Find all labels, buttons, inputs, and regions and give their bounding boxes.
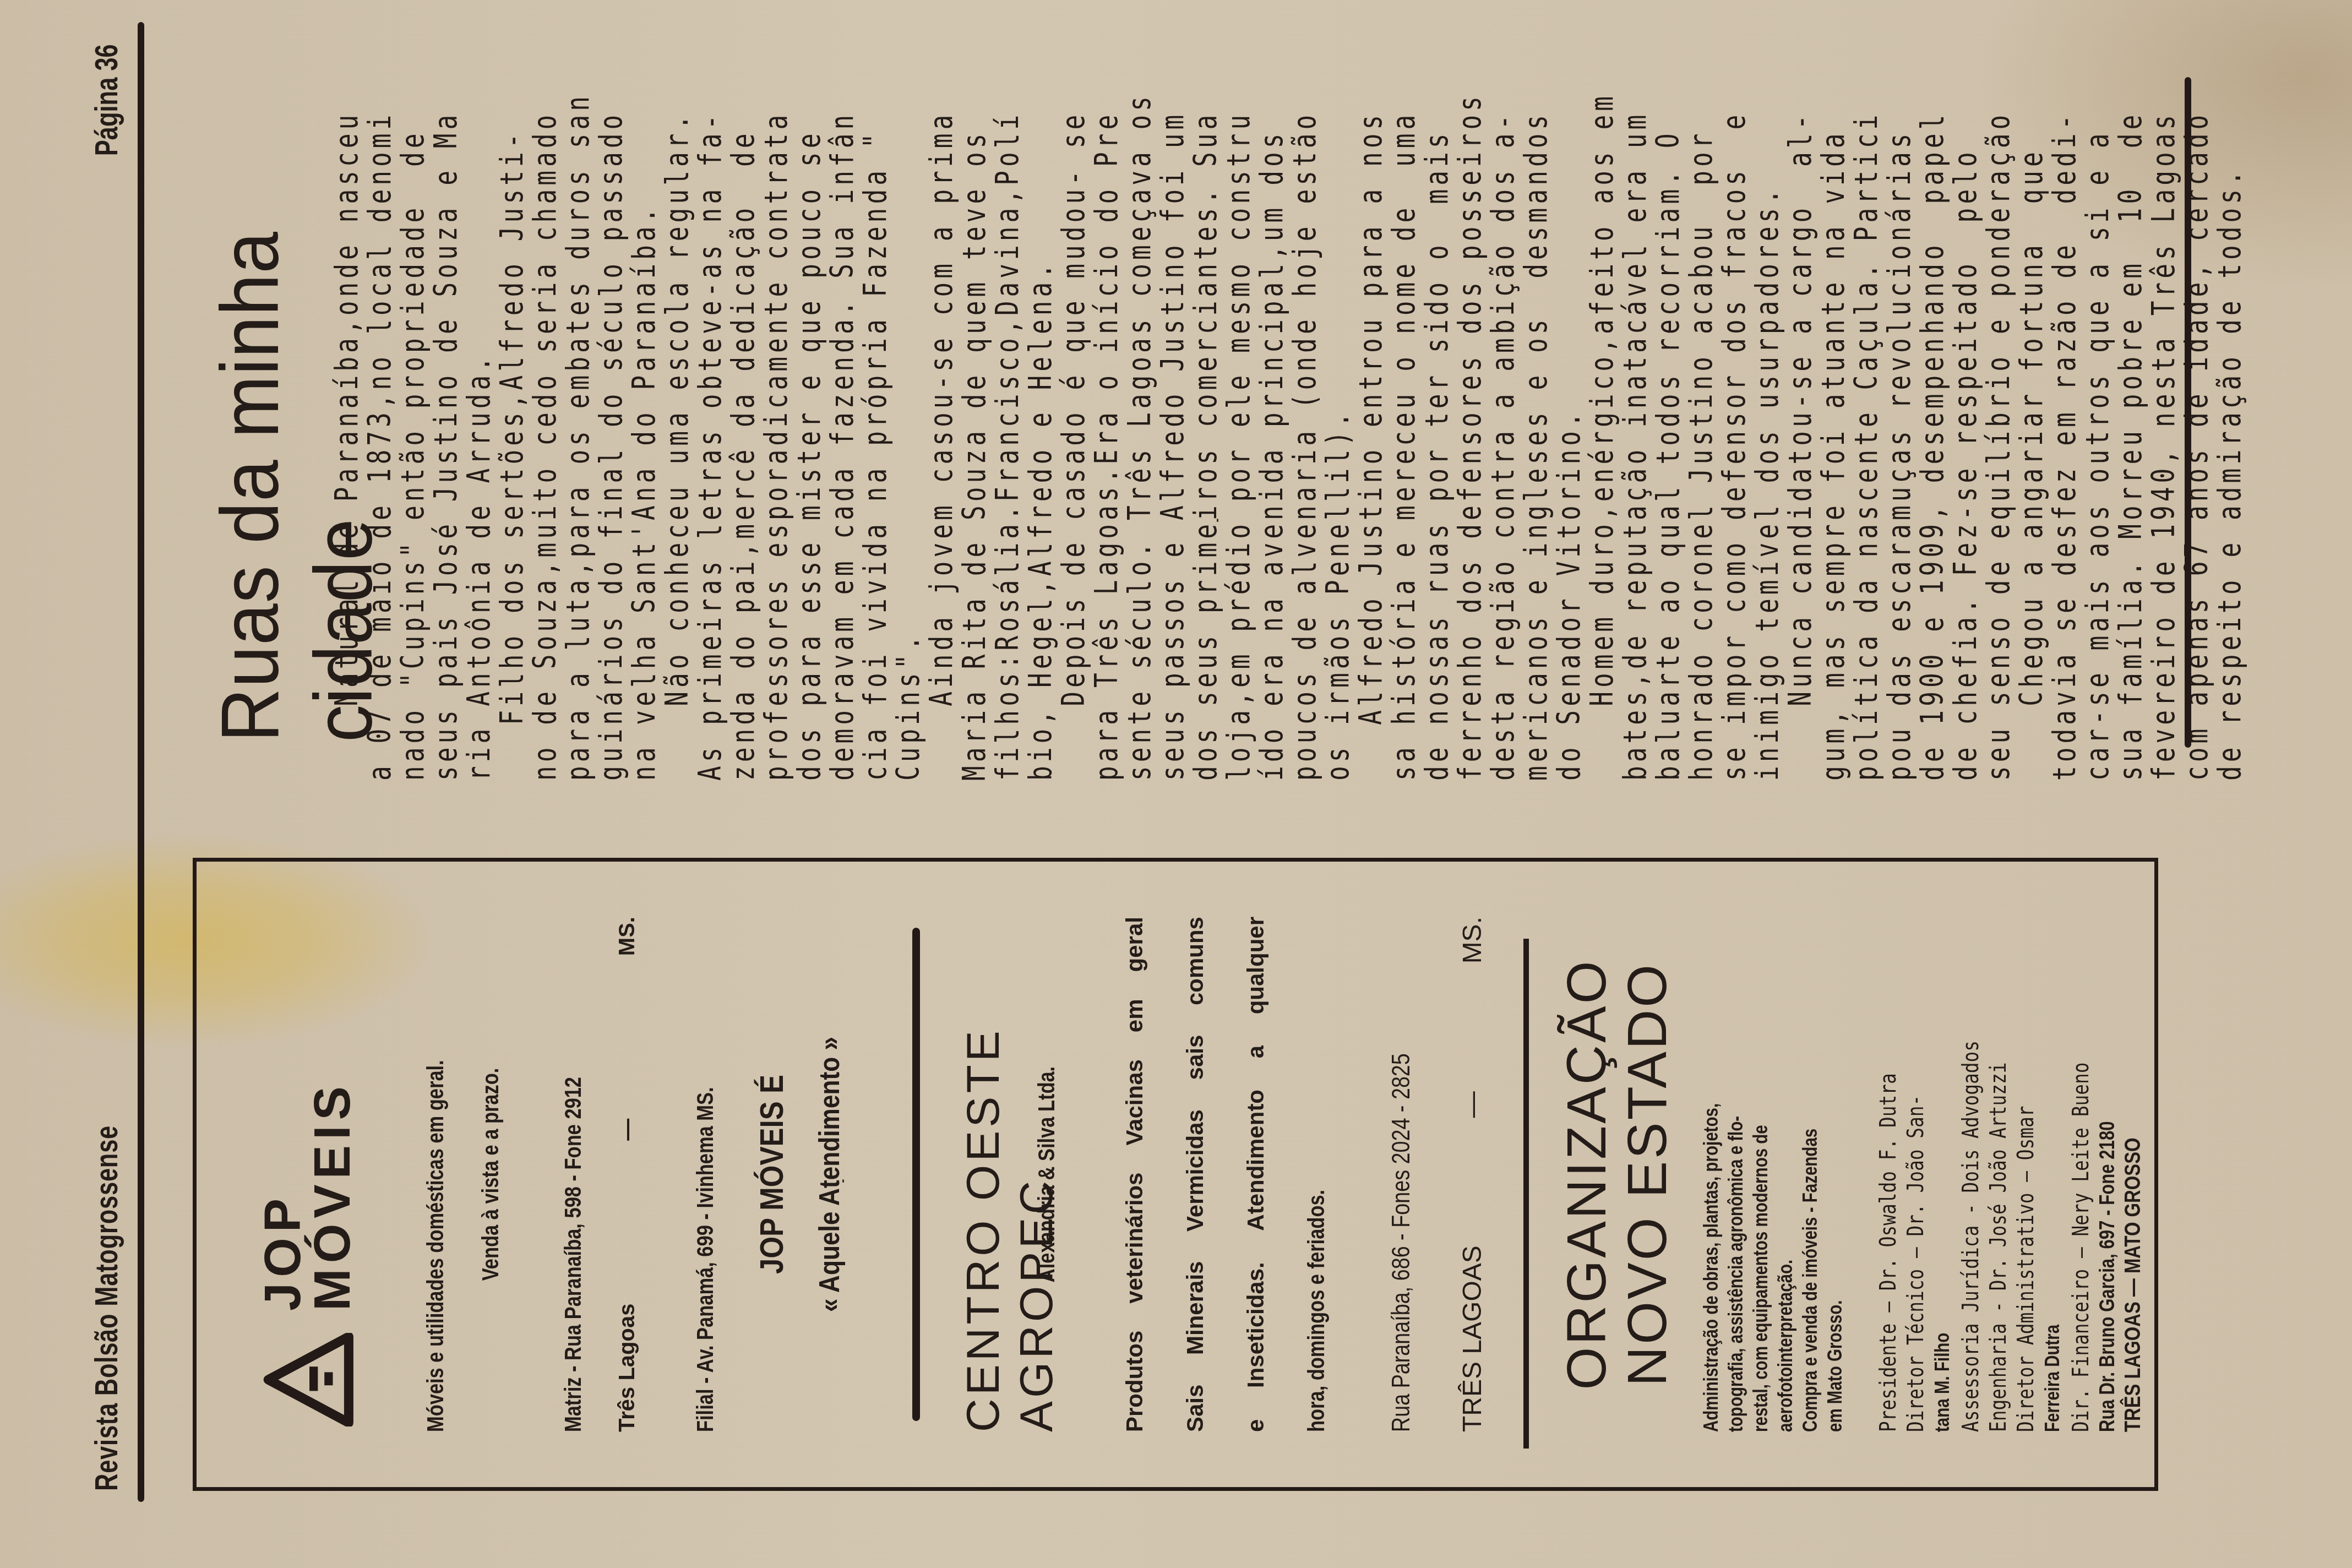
article-line: zenda do pai,mercê da dedicação de [727,188,760,781]
article-line: car-se mais aos outros que a si e a [2081,188,2114,781]
article-line: poucos de alvenaria (onde hoje estão [1288,188,1321,781]
article-line: para a luta,para os embates duros san [562,188,595,781]
org-description-line: Compra e venda de imóveis - Fazendas [1799,1009,1822,1432]
article-line: todavia se desfez em razão de dedi- [2048,188,2081,781]
article-line: a 07 de maio de 1873,no local denomi [363,188,396,781]
agropec-line-4: hora, domingos e feriados. [1303,1009,1330,1432]
article-line: seus passos e Alfredo Justino foi um [1156,188,1189,781]
article-line: demoravam em cada fazenda. Sua infân [826,188,859,781]
article-line: sua família. Morreu pobre em 10 de [2114,188,2147,781]
org-staff-line: Diretor Técnico — Dr. João San- [1903,1009,1929,1432]
org-staff-line: Dir. Financeiro — Nery Leite Bueno [2068,1009,2094,1432]
org-description-line: restal, com equipamentos modernos de [1749,1009,1772,1432]
article: Ruas da minha cidade Natural de Paranaíb… [182,44,2191,825]
article-line: desta região contra a ambição dos a- [1487,188,1520,781]
article-line: seus pais José Justino de Souza e Ma [429,188,462,781]
org-staff-line: Ferreira Dutra [2041,1009,2064,1432]
article-line: Não conheceu uma escola regular. [661,188,694,781]
jop-description: Móveis e utilidades domésticas em geral. [422,1009,449,1432]
running-header: Revista Bolsão Matogrossense Página 36 [77,44,127,1524]
agropec-line-2: SaisMineraisVermicidassaiscomuns [1182,917,1208,1432]
agropec-line-3: eInseticidas.Atendimentoaqualquer [1243,917,1269,1432]
article-line: ria Antoônia de Arruda. [462,188,496,781]
article-line: dos para esse mister e que pouco se [793,188,826,781]
jop-slogan-title: JOP MÓVEIS É [753,908,791,1440]
jop-matriz-address: Matriz - Rua Paranaíba, 598 - Fone 2912 [560,1009,586,1432]
article-line: mericanos e ingleses e os desmandos [1520,188,1553,781]
ad-separator [912,928,920,1421]
article-line: Homem duro,enérgico,afeito aos em [1586,188,1619,781]
jop-slogan: « Aquele Atendimento » [813,908,846,1440]
org-staff-line: Diretor Administrativo — Osmar [2013,1009,2039,1432]
article-line: de 1900 e 1909, desempenhando papel [1916,188,1949,781]
article-line: sente século. Três Lagoas começava os [1123,188,1156,781]
article-line: Natural de Paranaíba,onde nasceu [330,188,363,781]
article-line: Depois de casado é que mudou- se [1057,188,1090,781]
article-line: de nossas ruas por ter sido o mais [1420,188,1453,781]
triangle-logo-icon [263,1333,356,1427]
article-line: gum, mas sempre foi atuante na vida [1817,188,1850,781]
jop-logo-wordmark: JOP MÓVEIS [258,925,357,1311]
ads-column: JOP MÓVEIS Móveis e utilidades doméstica… [193,858,2158,1491]
article-line: dos seus primeiros comerciantes. Sua [1189,188,1222,781]
header-rule [138,22,144,1502]
jop-logo: JOP MÓVEIS [263,931,362,1427]
article-line: Maria Rita de Souza de quem teve os [958,188,991,781]
article-line: no de Souza,muito cedo seria chamado [529,188,562,781]
article-line: ído era na avenida principal,um dos [1255,188,1288,781]
article-line: política da nascente Caçula. Partici [1850,188,1883,781]
jop-matriz-city: Três Lagoas — MS. [615,917,640,1432]
article-line: Cupins". [892,188,925,781]
article-line: do Senador Vitorino. [1553,188,1586,781]
paper-speck [842,1179,844,1183]
article-line: nado "Cupins" então propriedade de [396,188,429,781]
agropec-city: TRÊS LAGOAS — MS. [1457,917,1488,1432]
org-title-1: ORGANIZAÇÃO [1556,862,1617,1487]
article-line: sa história e mereceu o nome de uma [1387,188,1420,781]
article-end-rule [2185,77,2191,748]
article-line: loja,em prédio por ele mesmo constru [1222,188,1255,781]
article-line: cia foi vivida na própria Fazenda " [859,188,892,781]
agropec-address: Rua Paranaíba, 686 - Fones 2024 - 2825 [1386,1009,1415,1432]
article-line: honrado coronel Justino acabou por [1685,188,1718,781]
article-line: Alfredo Justino entrou para a nos [1354,188,1387,781]
article-line: Chegou a angariar fortuna que [2015,188,2048,781]
article-line: para Três Lagoas.Era o início do Pre [1090,188,1123,781]
org-address: Rua Dr. Bruno Garcia, 697 - Fone 2180 [2096,1009,2120,1432]
jop-payment: Venda à vista e a prazo. [477,963,504,1386]
org-description-line: em Mato Grosso. [1823,1009,1847,1432]
article-line: As primeiras letras obteve-as na fa- [694,188,727,781]
article-line: bio, Hegel,Alfredo e Helena. [1024,188,1057,781]
org-top-rule [1523,939,1529,1449]
magazine-name: Revista Bolsão Matogrossense [88,1125,125,1491]
article-line: seu senso de equilíbrio e ponderação [1982,188,2015,781]
article-line: ferrenho dos defensores dos posseiros [1453,188,1487,781]
paper-speck [1217,519,1218,522]
article-line: guinários do final do século passado [595,188,628,781]
article-line: baluarte ao qual todos recorriam. O [1652,188,1685,781]
org-staff-line: Presidente — Dr. Oswaldo F. Dutra [1876,1009,1901,1432]
article-line: Nunca candidatou-se a cargo al- [1784,188,1817,781]
article-line: se impor como defensor dos fracos e [1718,188,1751,781]
article-line: Ainda jovem casou-se com a prima [925,188,958,781]
magazine-page: Revista Bolsão Matogrossense Página 36 J… [0,0,2352,1568]
article-line: Filho dos sertões,Alfredo Justi- [496,188,529,781]
org-description-line: topografia, assistência agronômica e flo… [1724,1009,1747,1432]
article-line: de chefia. Fez-se respeitado pelo [1949,188,1982,781]
article-line: na velha Sant'Ana do Paranaíba. [628,188,661,781]
org-city: TRÊS LAGOAS — MATO GROSSO [2121,1009,2146,1432]
org-staff-line: Engenharia - Dr. José João Artuzzi [1986,1009,2011,1432]
ad-jop-moveis: JOP MÓVEIS Móveis e utilidades doméstica… [197,862,912,1487]
org-description-line: aerofotointerpretação. [1774,1009,1797,1432]
jop-filial-address: Filial - Av. Panamá, 699 - Ivinhema MS. [692,1009,718,1432]
article-line: inimigo temível dos usurpadores. [1751,188,1784,781]
article-line: professores esporadicamente contrata [760,188,793,781]
org-description-line: Administração de obras, plantas, projeto… [1700,1009,1723,1432]
org-title-2: NOVO ESTADO [1617,862,1678,1487]
article-line: bates,de reputação inatacável era um [1619,188,1652,781]
article-line: os irmãos Penellil). [1321,188,1354,781]
article-line: filhos:Rosália.Francisco,Davina,Polí [991,188,1024,781]
agropec-line-1: ProdutosveterináriosVacinasemgeral [1121,917,1148,1432]
article-line: fevereiro de 1940, nesta Três Lagoas [2147,188,2180,781]
ad-organizacao-novo-estado: ORGANIZAÇÃO NOVO ESTADO Administração de… [1501,862,2162,1487]
org-staff-line: tana M. Filho [1931,1009,1954,1432]
article-line: de respeito e admiração de todos. [2213,188,2246,781]
org-staff-line: Assessoria Jurídica - Dois Advogados [1958,1009,1984,1432]
article-line: pou das escaramuças revolucionárias [1883,188,1916,781]
ad-centro-oeste-agropec: CENTRO OESTE AGROPEC Alexandria & Silva … [923,862,1556,1487]
article-body: Natural de Paranaíba,onde nasceua 07 de … [330,188,2246,781]
agropec-company: Alexandria & Silva Ltda. [1033,963,1060,1386]
page-number: Página 36 [88,44,125,156]
